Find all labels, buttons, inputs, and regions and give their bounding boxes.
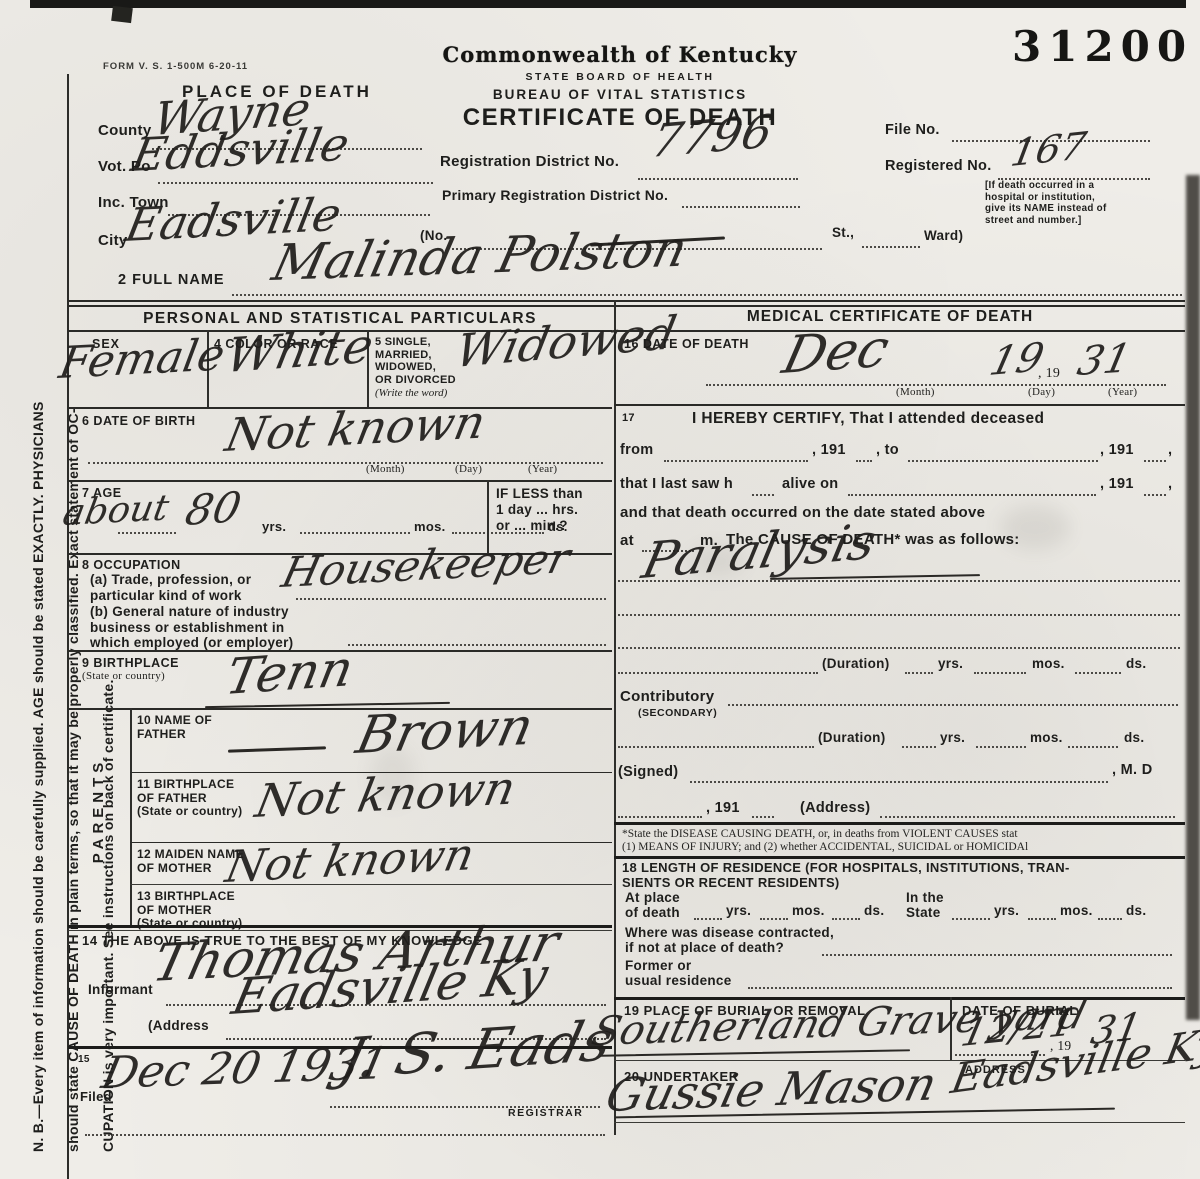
date-of-death-year-printed: , 19 xyxy=(1038,366,1060,382)
instate-yrs-label: yrs. xyxy=(994,903,1019,918)
contributory-blank xyxy=(728,702,1178,706)
dob-day-label: (Day) xyxy=(455,463,482,476)
atplace-yrs-blank xyxy=(694,916,722,920)
rule xyxy=(68,305,1185,307)
certify-blank xyxy=(1144,492,1166,496)
disease-contracted-blank xyxy=(822,952,1172,956)
instate-yrs-blank xyxy=(952,916,990,920)
stamp-number: 31200 xyxy=(1012,22,1193,71)
birthplace-note: (State or country) xyxy=(82,670,165,683)
secondary-label: (SECONDARY) xyxy=(638,708,717,720)
certify-191a: , 191 xyxy=(812,442,846,459)
undertaker-value: Gussie Mason xyxy=(602,1061,941,1118)
rule xyxy=(614,856,1185,859)
signed-blank xyxy=(690,779,1108,783)
signed-label: (Signed) xyxy=(618,764,678,781)
rule xyxy=(614,404,1185,406)
occupation-a-blank xyxy=(296,596,606,600)
certify-at-label: at xyxy=(620,532,634,549)
margin-note-line1: N. B.—Every item of information should b… xyxy=(30,76,48,1152)
rule xyxy=(614,822,1185,825)
instate-mos-label: mos. xyxy=(1060,903,1093,918)
duration-ds-label: ds. xyxy=(1126,656,1146,671)
dob-month-label: (Month) xyxy=(366,463,405,476)
cause-blank-1 xyxy=(618,578,1180,582)
atplace-ds-blank xyxy=(832,916,860,920)
informant-address-label: (Address xyxy=(148,1018,209,1033)
certify-blank xyxy=(856,458,872,462)
contributory-label: Contributory xyxy=(620,688,714,705)
dob-value: Not known xyxy=(222,399,489,458)
registered-no-label: Registered No. xyxy=(885,158,992,175)
father-birthplace-label: 11 BIRTHPLACE OF FATHER (State or countr… xyxy=(137,778,242,819)
street-label: St., xyxy=(832,225,854,240)
state-board-heading: STATE BOARD OF HEALTH xyxy=(420,72,820,84)
father-name-label: 10 NAME OF FATHER xyxy=(137,714,212,741)
primary-district-label: Primary Registration District No. xyxy=(442,188,668,204)
parents-group-label: PARENTS xyxy=(90,713,107,908)
marital-label: 5 SINGLE, MARRIED, WIDOWED, OR DIVORCED xyxy=(375,336,456,386)
sign-date-blank xyxy=(618,814,702,818)
birthplace-label: 9 BIRTHPLACE xyxy=(82,656,179,670)
hospital-note: [If death occurred in a hospital or inst… xyxy=(985,180,1160,226)
duration2-yrs-blank xyxy=(902,744,936,748)
duration-blank xyxy=(618,670,818,674)
primary-district-blank xyxy=(682,204,800,208)
dod-year-label: (Year) xyxy=(1108,386,1137,399)
scan-artifact xyxy=(111,6,133,23)
rule xyxy=(130,708,132,925)
scan-edge-right xyxy=(1186,175,1200,1020)
father-birthplace-value: Not known xyxy=(252,765,519,824)
certify-from-label: from xyxy=(620,442,653,459)
dod-day-label: (Day) xyxy=(1028,386,1055,399)
full-name-label: 2 FULL NAME xyxy=(118,272,225,289)
duration-yrs-blank xyxy=(905,670,933,674)
parents-label-text: PARENTS xyxy=(90,713,107,908)
certify-191b: , 191 xyxy=(1100,442,1134,459)
at-place-label: At place of death xyxy=(625,890,680,920)
date-of-death-label: 16 DATE OF DEATH xyxy=(624,337,749,351)
bureau-heading: BUREAU OF VITAL STATISTICS xyxy=(420,87,820,102)
certify-comma: , xyxy=(1168,442,1172,459)
voting-precinct-value: Eddsville xyxy=(128,121,353,178)
dob-year-label: (Year) xyxy=(528,463,557,476)
occupation-label: 8 OCCUPATION xyxy=(82,558,181,572)
certify-191c: , 191 xyxy=(1100,476,1134,493)
sign-address-label: (Address) xyxy=(800,800,870,817)
informant-label: Informant xyxy=(88,982,153,997)
disease-contracted-label: Where was disease contracted, if not at … xyxy=(625,925,834,955)
certify-to-label: , to xyxy=(876,442,899,459)
duration-mos-blank xyxy=(974,670,1026,674)
ward-blank xyxy=(862,244,920,248)
duration2-ds-blank xyxy=(1068,744,1118,748)
cause-blank-2 xyxy=(618,612,1180,616)
voting-precinct-blank xyxy=(158,180,433,184)
full-name-value: Malinda Polston xyxy=(268,224,692,288)
instate-ds-blank xyxy=(1098,916,1122,920)
father-first-name-dash xyxy=(228,746,326,752)
full-name-blank xyxy=(232,292,1182,296)
sex-value: Female xyxy=(56,334,228,386)
date-of-death-blank xyxy=(706,382,1166,386)
age-value-about: about xyxy=(60,491,171,532)
duration2-blank xyxy=(618,744,814,748)
occupation-b-label: (b) General nature of industry business … xyxy=(90,604,293,651)
duration2-ds-label: ds. xyxy=(1124,730,1144,745)
filed-number: 15 xyxy=(78,1054,90,1065)
certify-blank xyxy=(1144,458,1166,462)
age-mos-label: mos. xyxy=(414,520,446,535)
rule xyxy=(614,1122,1185,1123)
atplace-mos-blank xyxy=(760,916,788,920)
dob-blank xyxy=(88,460,603,464)
duration-label: (Duration) xyxy=(822,656,890,671)
sign-date-191: , 191 xyxy=(706,800,740,817)
if-less-note: IF LESS than 1 day ... hrs. or ... min.? xyxy=(496,486,583,534)
duration-yrs-label: yrs. xyxy=(938,656,963,671)
dod-month-label: (Month) xyxy=(896,386,935,399)
rule xyxy=(68,300,1185,302)
sign-date-blank2 xyxy=(752,814,774,818)
ward-label: Ward) xyxy=(924,228,963,243)
commonwealth-heading: Commonwealth of Kentucky xyxy=(420,42,820,67)
duration2-label: (Duration) xyxy=(818,730,886,745)
certify-saw-label: that I last saw h xyxy=(620,476,733,493)
sign-address-blank xyxy=(880,814,1175,818)
certify-blank xyxy=(752,492,774,496)
cause-blank-3 xyxy=(618,645,1180,649)
certify-alive-blank xyxy=(848,492,1096,496)
instate-mos-blank xyxy=(1028,916,1056,920)
birthplace-value: Tenn xyxy=(222,644,357,702)
form-number: FORM V. S. 1-500M 6-20-11 xyxy=(103,62,248,73)
dob-label: 6 DATE OF BIRTH xyxy=(82,414,196,428)
footnote-line2: (1) MEANS OF INJURY; and (2) whether ACC… xyxy=(622,841,1028,853)
in-state-label: In the State xyxy=(906,890,944,920)
age-yrs-label: yrs. xyxy=(262,520,286,535)
registration-district-value: 7796 xyxy=(648,108,777,164)
registered-no-value: 167 xyxy=(1008,127,1089,172)
duration2-mos-label: mos. xyxy=(1030,730,1063,745)
rule xyxy=(85,1132,605,1136)
certify-alive-label: alive on xyxy=(782,476,838,493)
atplace-mos-label: mos. xyxy=(792,903,825,918)
rule xyxy=(614,330,1185,332)
date-of-death-year-value: 31 xyxy=(1074,339,1134,382)
instate-ds-label: ds. xyxy=(1126,903,1146,918)
rule xyxy=(68,480,612,482)
md-label: , M. D xyxy=(1112,762,1152,779)
duration2-mos-blank xyxy=(976,744,1026,748)
form-left-border xyxy=(67,74,69,1179)
age-blank xyxy=(118,530,176,534)
age-mos-blank xyxy=(300,530,410,534)
registration-district-label: Registration District No. xyxy=(440,153,619,170)
date-of-death-month-value: Dec xyxy=(778,323,894,382)
death-certificate-scan: N. B.—Every item of information should b… xyxy=(0,0,1200,1179)
certify-statement: I HEREBY CERTIFY, That I attended deceas… xyxy=(692,410,1044,428)
registration-district-blank xyxy=(638,176,798,180)
scan-edge-top xyxy=(30,0,1186,8)
former-residence-blank xyxy=(748,985,1172,989)
rule xyxy=(130,884,612,885)
file-no-label: File No. xyxy=(885,122,940,139)
mother-maiden-name-value: Not known xyxy=(222,833,478,890)
residence-length-label: 18 LENGTH OF RESIDENCE (FOR HOSPITALS, I… xyxy=(622,861,1070,890)
duration2-yrs-label: yrs. xyxy=(940,730,965,745)
footnote-line1: *State the DISEASE CAUSING DEATH, or, in… xyxy=(622,828,1018,840)
certify-comma2: , xyxy=(1168,476,1172,493)
age-value-number: 80 xyxy=(182,486,245,532)
certify-to-blank xyxy=(908,458,1098,462)
atplace-ds-label: ds. xyxy=(864,903,884,918)
atplace-yrs-label: yrs. xyxy=(726,903,751,918)
registrar-label: REGISTRAR xyxy=(508,1108,583,1120)
registrar-signature: J. S. Eads xyxy=(335,1014,618,1088)
certify-from-blank xyxy=(664,458,808,462)
occupation-a-label: (a) Trade, profession, or particular kin… xyxy=(90,572,251,604)
duration-mos-label: mos. xyxy=(1032,656,1065,671)
certify-number: 17 xyxy=(622,412,635,425)
occupation-value: Housekeeper xyxy=(278,537,574,594)
former-residence-label: Former or usual residence xyxy=(625,958,732,988)
duration-ds-blank xyxy=(1075,670,1121,674)
race-value: White xyxy=(222,322,377,380)
father-name-value: Brown xyxy=(352,701,538,762)
occupation-b-blank xyxy=(348,642,606,646)
